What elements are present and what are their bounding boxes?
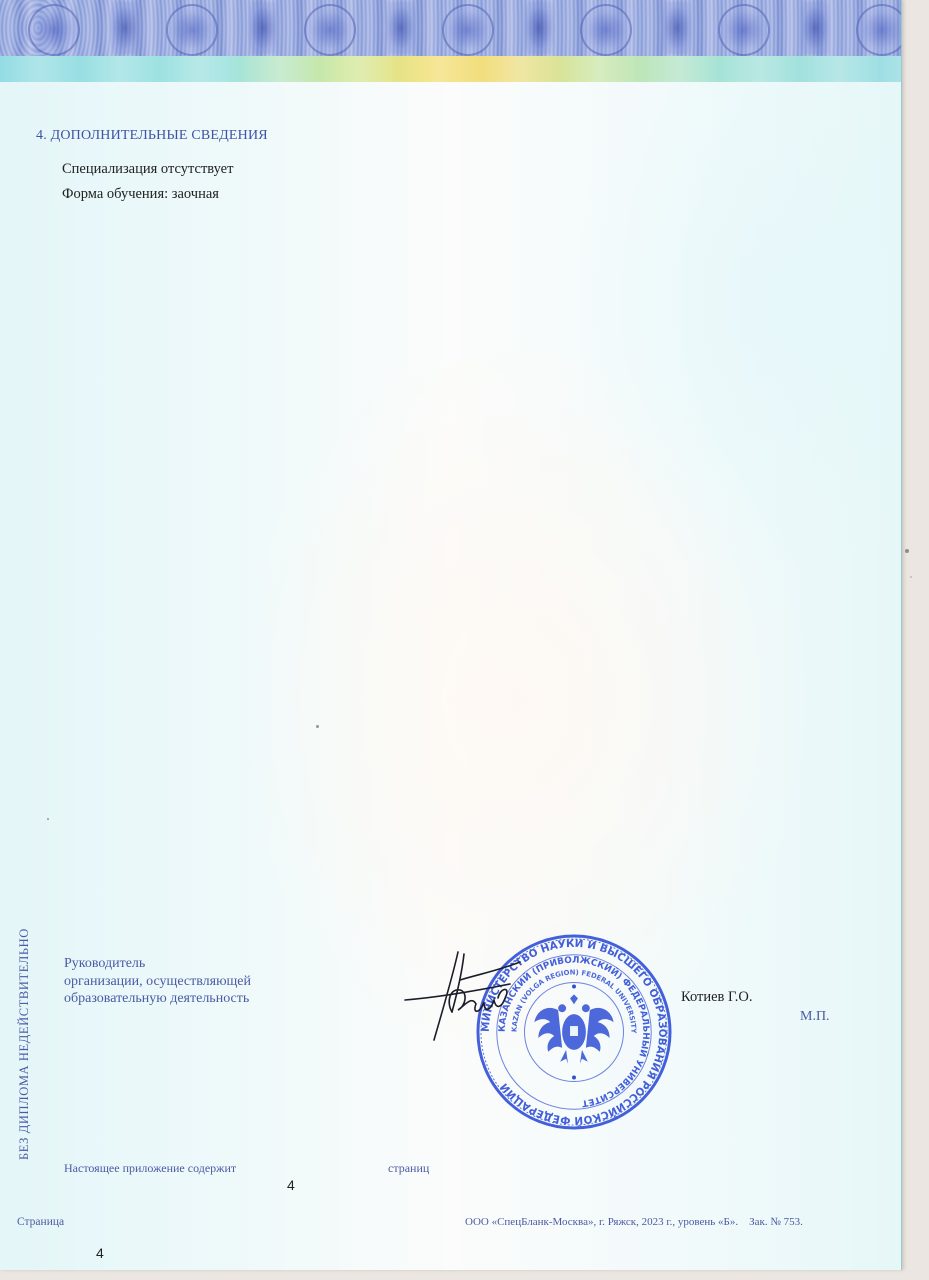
background-speck bbox=[905, 549, 909, 553]
security-ornament-band bbox=[0, 0, 901, 56]
seal-place-label: М.П. bbox=[800, 1009, 830, 1025]
role-line: организации, осуществляющей bbox=[64, 973, 251, 991]
ornament-knot bbox=[800, 2, 830, 54]
background-speck bbox=[910, 576, 912, 578]
handwritten-signature bbox=[400, 940, 530, 1050]
paper-speck bbox=[47, 818, 49, 820]
ornament-knot bbox=[662, 2, 692, 54]
specialization-line: Специализация отсутствует bbox=[62, 161, 233, 178]
signer-name: Котиев Г.О. bbox=[681, 989, 752, 1006]
coat-of-arms-icon bbox=[534, 994, 613, 1063]
ornament-medallion bbox=[856, 4, 901, 56]
diploma-supplement-page: 4. ДОПОЛНИТЕЛЬНЫЕ СВЕДЕНИЯ Специализация… bbox=[0, 0, 902, 1270]
printer-imprint: ООО «СпецБланк-Москва», г. Ряжск, 2023 г… bbox=[465, 1216, 803, 1228]
ornament-medallion bbox=[718, 4, 770, 56]
pages-count-label: Настоящее приложение содержит bbox=[64, 1161, 236, 1176]
section-heading: 4. ДОПОЛНИТЕЛЬНЫЕ СВЕДЕНИЯ bbox=[36, 128, 268, 144]
validity-side-note: БЕЗ ДИПЛОМА НЕДЕЙСТВИТЕЛЬНО bbox=[17, 928, 32, 1160]
role-line: образовательную деятельность bbox=[64, 990, 251, 1008]
ornament-knot bbox=[524, 2, 554, 54]
ornament-knot bbox=[248, 2, 278, 54]
pages-count-suffix: страниц bbox=[388, 1161, 429, 1176]
manager-role-label: Руководитель организации, осуществляющей… bbox=[64, 955, 251, 1008]
paper-speck bbox=[316, 725, 319, 728]
pages-count-value: 4 bbox=[287, 1177, 295, 1193]
page-number-label: Страница bbox=[17, 1216, 64, 1228]
security-rainbow-strip bbox=[0, 56, 901, 82]
ornament-medallion bbox=[580, 4, 632, 56]
study-form-line: Форма обучения: заочная bbox=[62, 186, 219, 203]
ornament-medallion bbox=[442, 4, 494, 56]
page-number-value: 4 bbox=[96, 1245, 104, 1261]
ornament-knot bbox=[386, 2, 416, 54]
role-line: Руководитель bbox=[64, 955, 251, 973]
ornament-knot bbox=[110, 2, 140, 54]
ornament-medallion bbox=[166, 4, 218, 56]
ornament-medallion bbox=[304, 4, 356, 56]
ornament-medallion bbox=[28, 4, 80, 56]
